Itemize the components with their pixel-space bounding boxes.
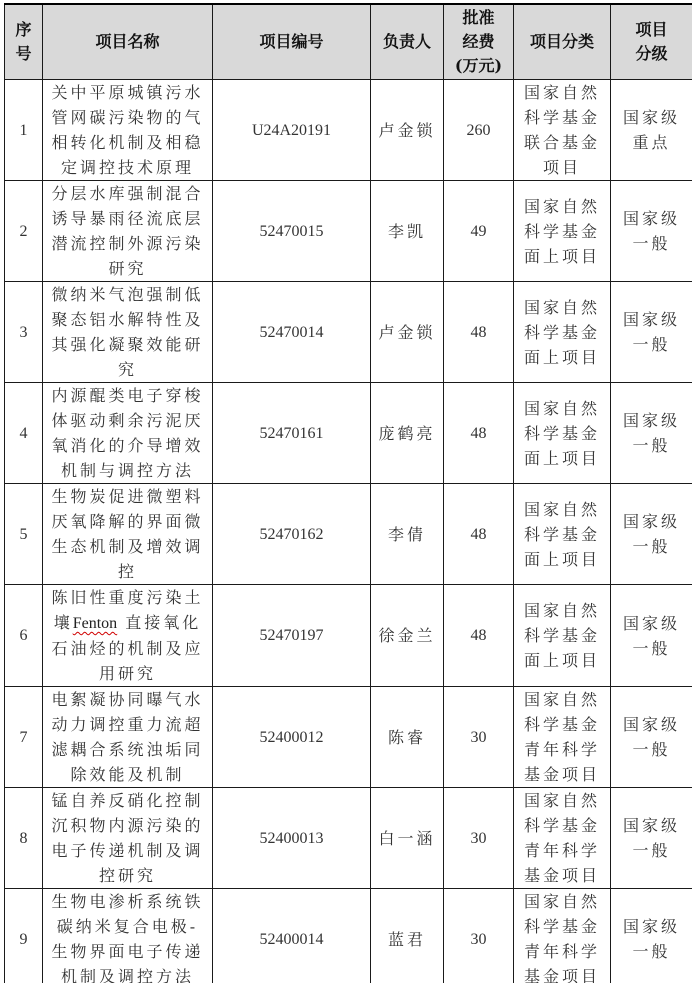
cell-fund: 48 — [444, 585, 514, 687]
cell-fund: 48 — [444, 383, 514, 484]
cell-pi: 卢金锁 — [371, 80, 444, 181]
cell-name: 微纳米气泡强制低聚态铝水解特性及其强化凝聚效能研究 — [43, 282, 213, 383]
cell-category: 国家自然科学基金面上项目 — [514, 585, 611, 687]
cell-no: 2 — [5, 181, 43, 282]
cell-pi: 蓝君 — [371, 889, 444, 983]
projects-table: 序 号 项目名称 项目编号 负责人 批准 经费 (万元) 项目分类 项目 分级 … — [4, 3, 692, 983]
header-pi: 负责人 — [371, 4, 444, 80]
table-row: 4 内源醌类电子穿梭体驱动剩余污泥厌氧消化的介导增效机制与调控方法 524701… — [5, 383, 692, 484]
cell-no: 7 — [5, 687, 43, 788]
header-fund: 批准 经费 (万元) — [444, 4, 514, 80]
table-header-row: 序 号 项目名称 项目编号 负责人 批准 经费 (万元) 项目分类 项目 分级 — [5, 4, 692, 80]
cell-name: 陈旧性重度污染土壤Fenton 直接氧化石油烃的机制及应用研究 — [43, 585, 213, 687]
header-code: 项目编号 — [213, 4, 371, 80]
cell-code: 52470015 — [213, 181, 371, 282]
cell-level: 国家级 一般 — [611, 889, 692, 983]
cell-pi: 陈睿 — [371, 687, 444, 788]
table-row: 8 锰自养反硝化控制沉积物内源污染的电子传递机制及调控研究 52400013 白… — [5, 788, 692, 889]
cell-code: U24A20191 — [213, 80, 371, 181]
cell-category: 国家自然科学基金青年科学基金项目 — [514, 889, 611, 983]
cell-code: 52470162 — [213, 484, 371, 585]
cell-pi: 李倩 — [371, 484, 444, 585]
cell-name: 分层水库强制混合诱导暴雨径流底层潜流控制外源污染研究 — [43, 181, 213, 282]
cell-name: 关中平原城镇污水管网碳污染物的气相转化机制及相稳定调控技术原理 — [43, 80, 213, 181]
cell-code: 52470197 — [213, 585, 371, 687]
cell-code: 52470161 — [213, 383, 371, 484]
cell-pi: 李凯 — [371, 181, 444, 282]
cell-category: 国家自然科学基金联合基金项目 — [514, 80, 611, 181]
cell-category: 国家自然科学基金面上项目 — [514, 282, 611, 383]
cell-fund: 30 — [444, 687, 514, 788]
header-level: 项目 分级 — [611, 4, 692, 80]
cell-code: 52470014 — [213, 282, 371, 383]
cell-no: 8 — [5, 788, 43, 889]
cell-name: 生物炭促进微塑料厌氧降解的界面微生态机制及增效调控 — [43, 484, 213, 585]
table-row: 2 分层水库强制混合诱导暴雨径流底层潜流控制外源污染研究 52470015 李凯… — [5, 181, 692, 282]
cell-name: 内源醌类电子穿梭体驱动剩余污泥厌氧消化的介导增效机制与调控方法 — [43, 383, 213, 484]
cell-code: 52400012 — [213, 687, 371, 788]
cell-category: 国家自然科学基金青年科学基金项目 — [514, 687, 611, 788]
cell-level: 国家级 重点 — [611, 80, 692, 181]
cell-category: 国家自然科学基金面上项目 — [514, 181, 611, 282]
cell-level: 国家级 一般 — [611, 383, 692, 484]
table-row: 7 电絮凝协同曝气水动力调控重力流超滤耦合系统浊垢同除效能及机制 5240001… — [5, 687, 692, 788]
cell-level: 国家级 一般 — [611, 181, 692, 282]
cell-fund: 30 — [444, 788, 514, 889]
cell-level: 国家级 一般 — [611, 484, 692, 585]
cell-no: 6 — [5, 585, 43, 687]
cell-code: 52400014 — [213, 889, 371, 983]
cell-name: 生物电渗析系统铁碳纳米复合电极-生物界面电子传递机制及调控方法 — [43, 889, 213, 983]
cell-category: 国家自然科学基金面上项目 — [514, 383, 611, 484]
cell-fund: 30 — [444, 889, 514, 983]
cell-pi: 庞鹤亮 — [371, 383, 444, 484]
cell-no: 5 — [5, 484, 43, 585]
cell-pi: 卢金锁 — [371, 282, 444, 383]
table-row: 6 陈旧性重度污染土壤Fenton 直接氧化石油烃的机制及应用研究 524701… — [5, 585, 692, 687]
cell-level: 国家级 一般 — [611, 585, 692, 687]
spellcheck-term: Fenton — [73, 615, 117, 632]
cell-fund: 48 — [444, 484, 514, 585]
cell-level: 国家级 一般 — [611, 788, 692, 889]
cell-name: 电絮凝协同曝气水动力调控重力流超滤耦合系统浊垢同除效能及机制 — [43, 687, 213, 788]
cell-level: 国家级 一般 — [611, 687, 692, 788]
cell-no: 1 — [5, 80, 43, 181]
cell-no: 4 — [5, 383, 43, 484]
cell-no: 9 — [5, 889, 43, 983]
header-category: 项目分类 — [514, 4, 611, 80]
table-row: 3 微纳米气泡强制低聚态铝水解特性及其强化凝聚效能研究 52470014 卢金锁… — [5, 282, 692, 383]
table-row: 1 关中平原城镇污水管网碳污染物的气相转化机制及相稳定调控技术原理 U24A20… — [5, 80, 692, 181]
header-name: 项目名称 — [43, 4, 213, 80]
cell-code: 52400013 — [213, 788, 371, 889]
cell-pi: 徐金兰 — [371, 585, 444, 687]
cell-fund: 260 — [444, 80, 514, 181]
table-row: 5 生物炭促进微塑料厌氧降解的界面微生态机制及增效调控 52470162 李倩 … — [5, 484, 692, 585]
cell-name: 锰自养反硝化控制沉积物内源污染的电子传递机制及调控研究 — [43, 788, 213, 889]
cell-category: 国家自然科学基金面上项目 — [514, 484, 611, 585]
cell-pi: 白一涵 — [371, 788, 444, 889]
cell-level: 国家级 一般 — [611, 282, 692, 383]
cell-category: 国家自然科学基金青年科学基金项目 — [514, 788, 611, 889]
cell-fund: 49 — [444, 181, 514, 282]
cell-fund: 48 — [444, 282, 514, 383]
cell-no: 3 — [5, 282, 43, 383]
header-no: 序 号 — [5, 4, 43, 80]
table-row: 9 生物电渗析系统铁碳纳米复合电极-生物界面电子传递机制及调控方法 524000… — [5, 889, 692, 983]
